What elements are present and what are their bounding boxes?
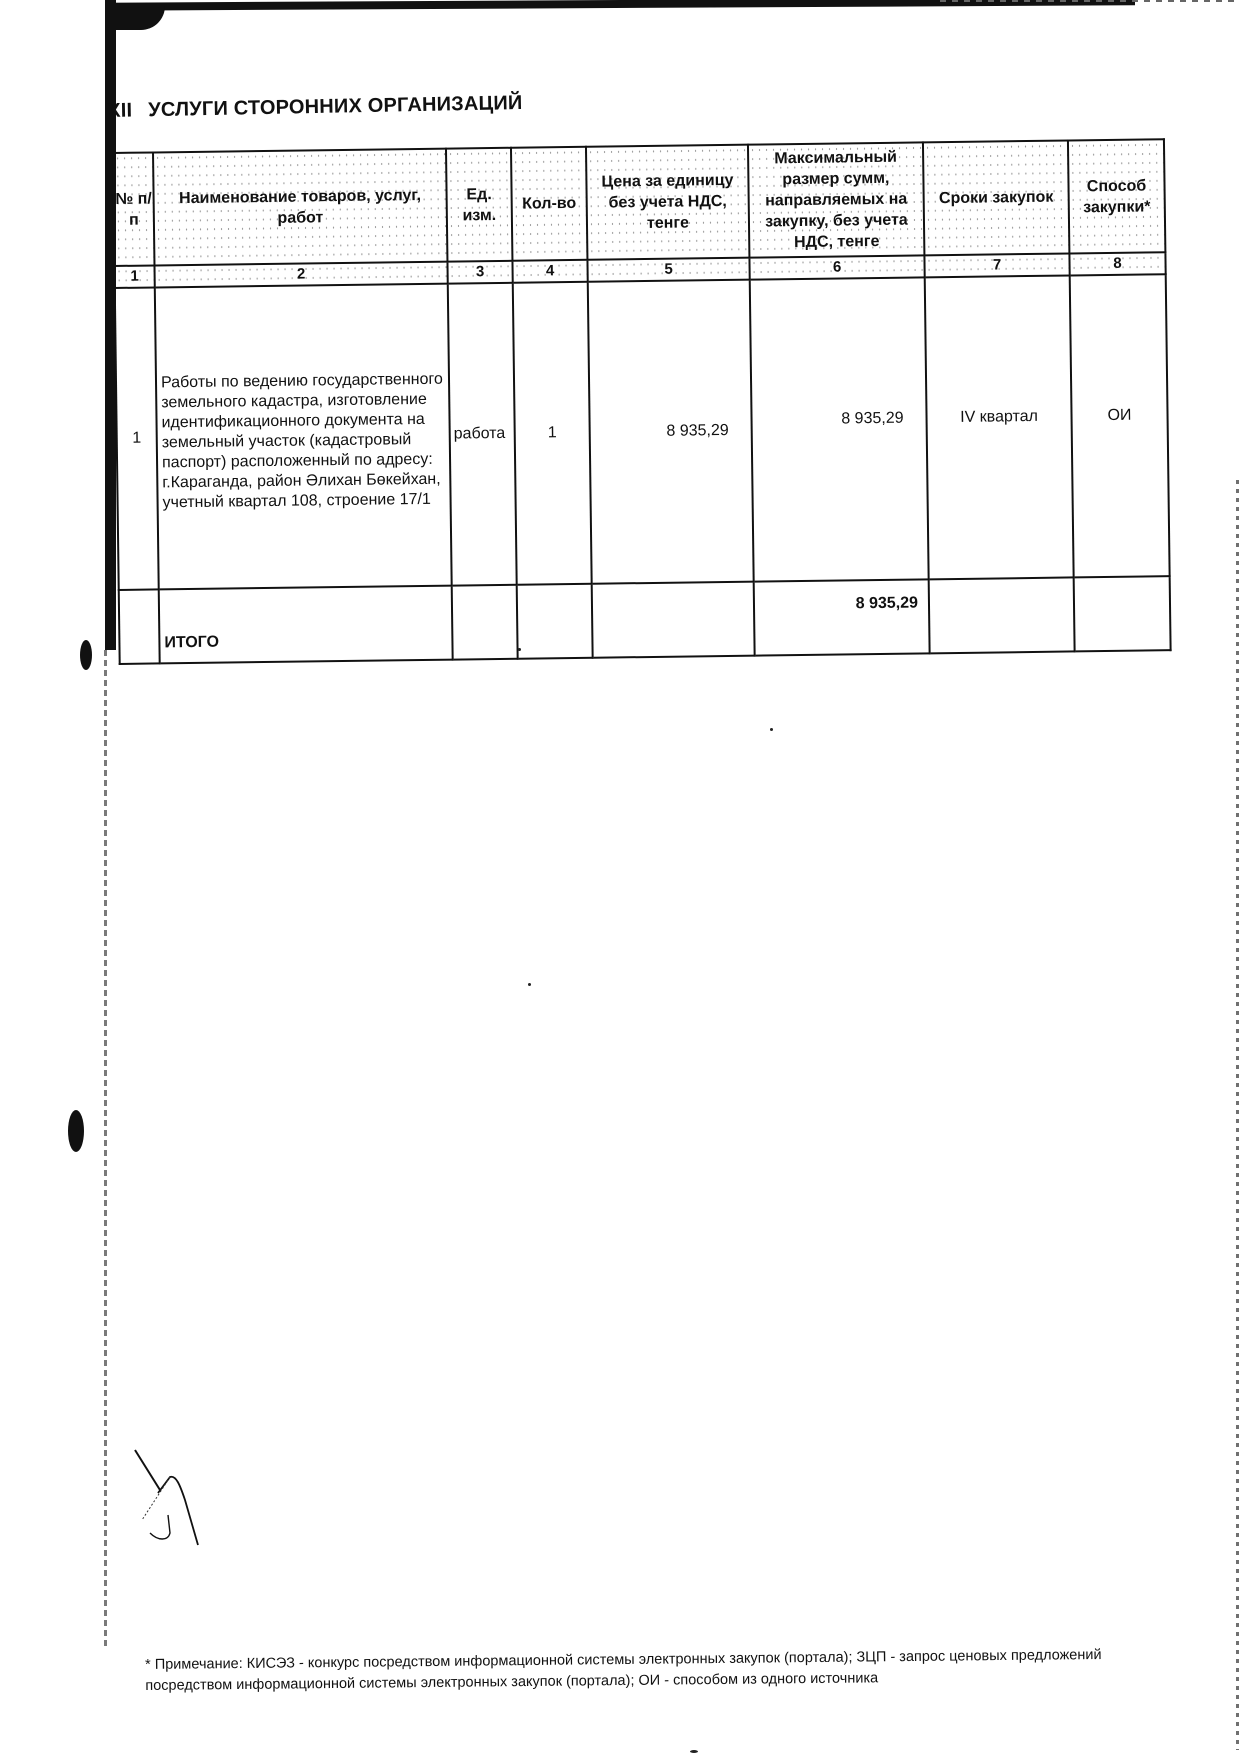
header-name: Наименование товаров, услуг, работ [153,149,447,266]
total-empty [119,589,160,664]
total-empty [1074,576,1171,651]
column-number: 5 [587,258,749,282]
header-row: № п/п Наименование товаров, услуг, работ… [113,139,1165,266]
total-empty [452,585,518,660]
cell-unit-price: 8 935,29 [588,280,754,584]
cell-no: 1 [115,287,159,589]
cell-unit: работа [448,283,517,586]
table-row: 1 Работы по ведению государственного зем… [115,274,1170,590]
scan-border-right [1236,480,1239,1750]
cell-name: Работы по ведению государственного земел… [155,284,452,590]
hole-punch-mark [80,640,92,670]
total-empty [929,577,1075,653]
scan-speck [528,983,531,986]
total-empty [592,582,755,658]
header-period: Сроки закупок [923,140,1069,255]
total-max-amount: 8 935,29 [754,579,930,655]
hole-punch-mark [68,1110,84,1152]
header-method: Способ закупки* [1068,139,1165,253]
column-number: 4 [512,260,587,283]
header-max-amount: Максимальный размер сумм, направляемых н… [748,142,924,257]
column-number: 3 [447,261,512,284]
cell-qty: 1 [513,282,592,585]
header-unit-price: Цена за единицу без учета НДС, тенге [586,145,749,260]
scan-speck [690,1750,698,1753]
total-empty [517,584,593,659]
column-number: 6 [749,255,924,279]
cell-period: IV квартал [925,275,1074,579]
column-number: 7 [924,253,1069,277]
footnote: * Примечание: КИСЭЗ - конкурс посредство… [145,1644,1185,1697]
section-title: XIIУСЛУГИ СТОРОННИХ ОРГАНИЗАЦИЙ [107,92,523,123]
header-no: № п/п [113,152,154,266]
section-title-text: УСЛУГИ СТОРОННИХ ОРГАНИЗАЦИЙ [148,92,523,121]
scan-speck [518,648,521,651]
scan-noise [940,0,1240,2]
section-number: XII [107,100,132,122]
scan-speck [770,728,773,731]
cell-method: ОИ [1070,274,1170,577]
handwritten-signature [130,1445,220,1555]
column-number: 8 [1069,252,1165,275]
procurement-table: № п/п Наименование товаров, услуг, работ… [112,138,1172,665]
total-row: ИТОГО 8 935,29 [119,576,1171,664]
scan-border-left-thin [104,650,107,1650]
header-qty: Кол-во [511,147,587,261]
cell-max-amount: 8 935,29 [750,277,929,581]
column-number: 1 [114,265,154,288]
total-label: ИТОГО [159,586,453,664]
header-unit: Ед. изм. [446,148,512,262]
